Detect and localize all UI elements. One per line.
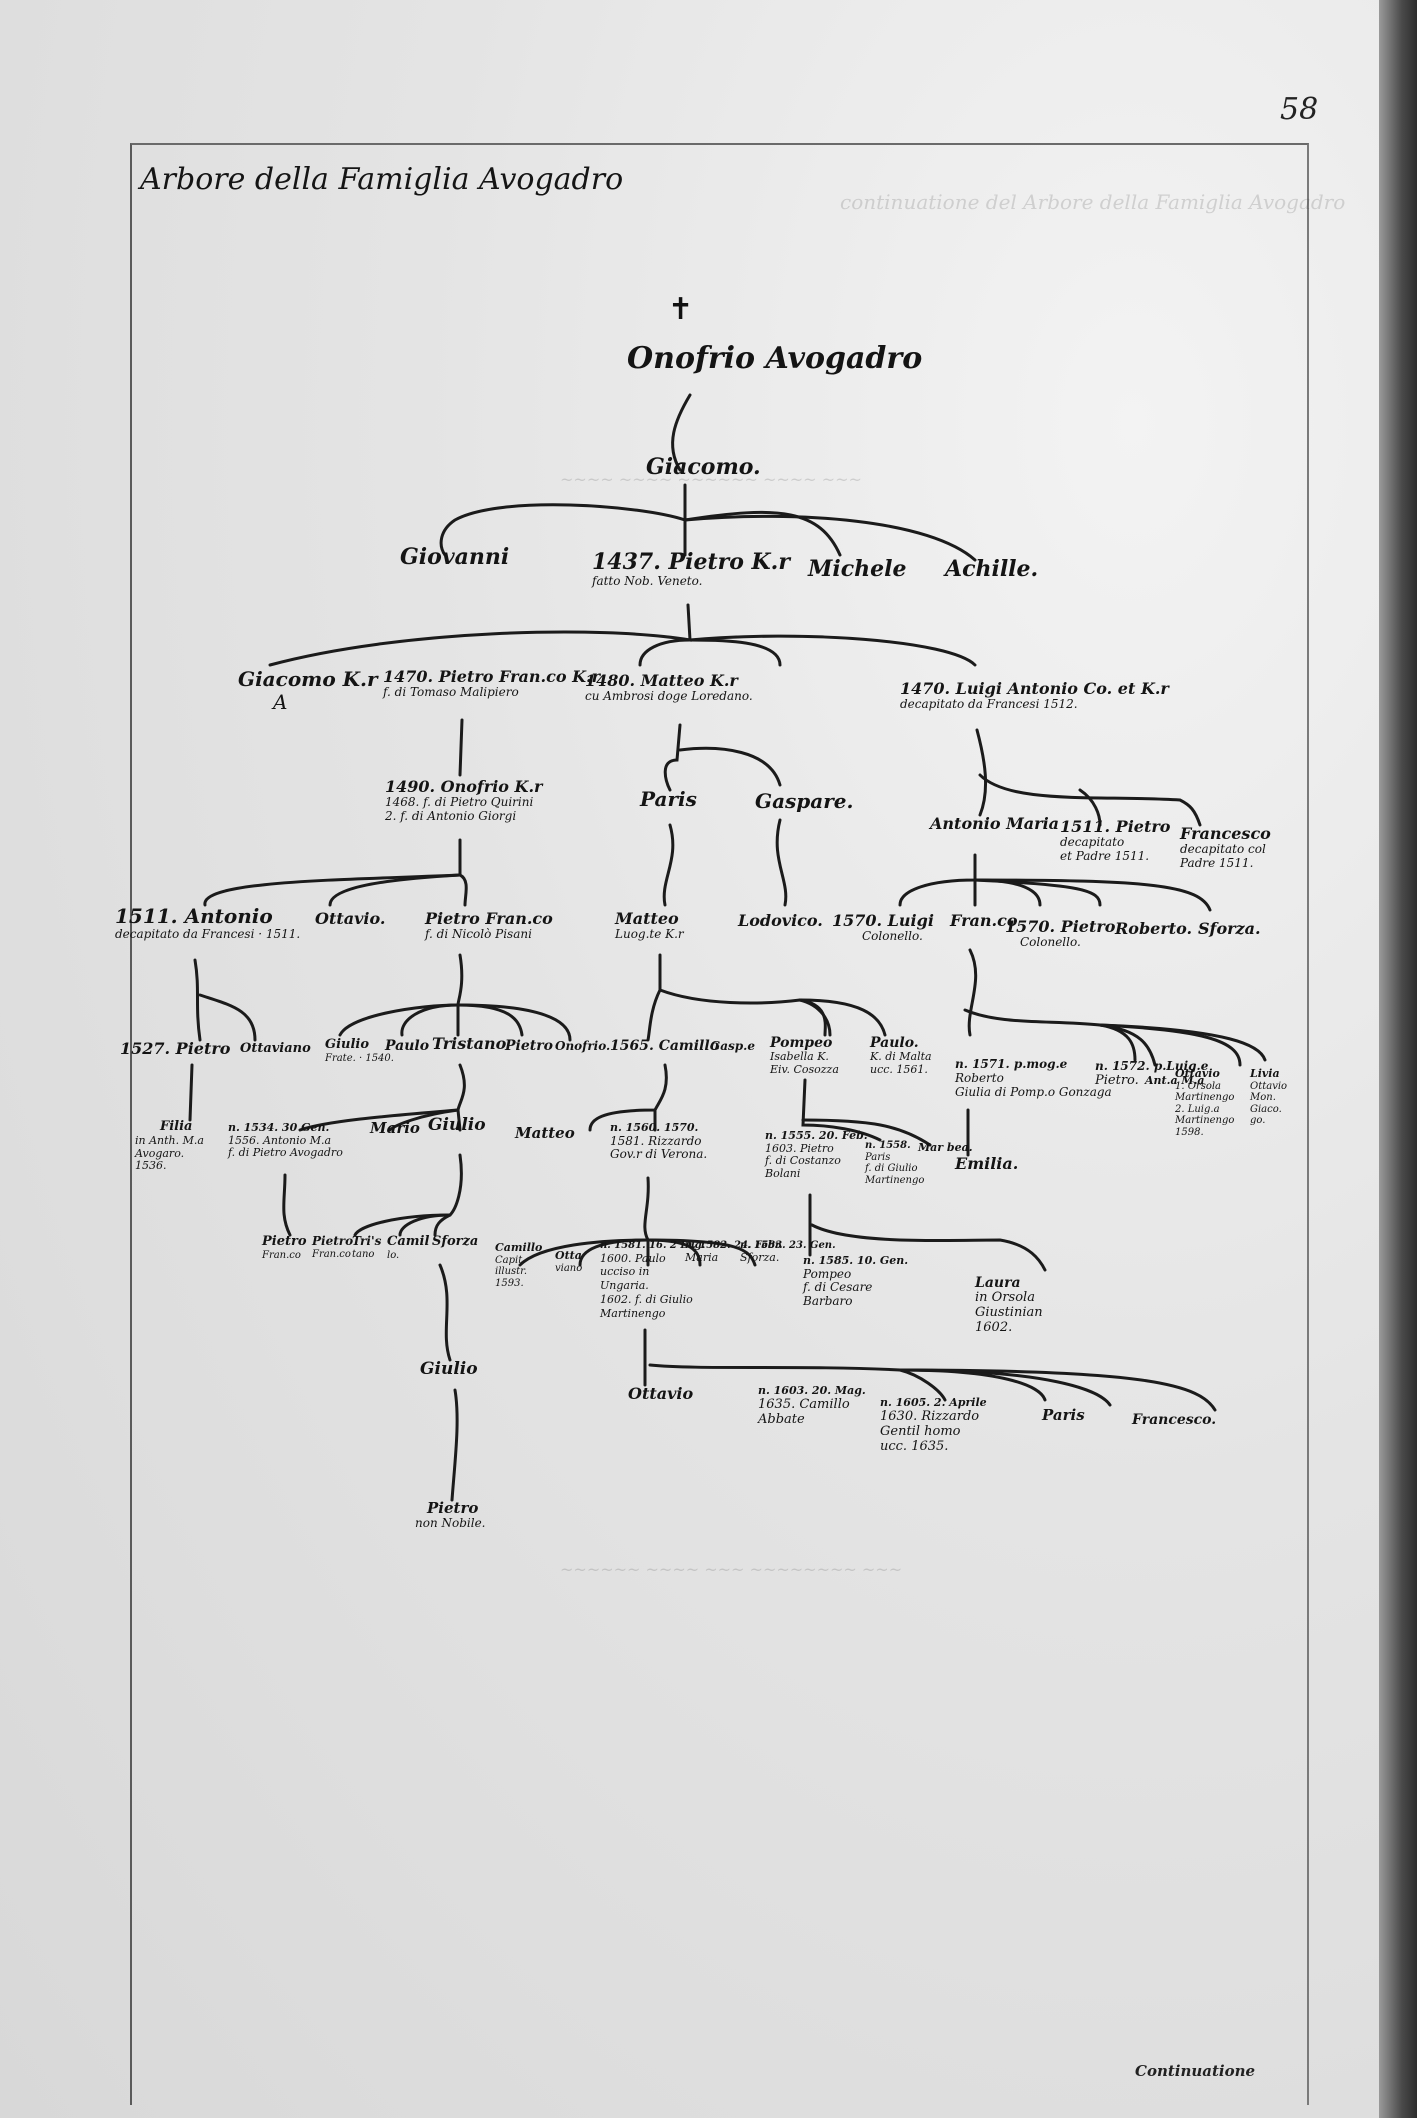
tree-node: Giulio Frate. · 1540. [325, 1038, 394, 1064]
tree-node: Giacomo K.r A [238, 668, 378, 714]
tree-node: Achille. [945, 557, 1038, 582]
node-note: Frate. · 1540. [325, 1053, 394, 1065]
node-name: Giulio [420, 1360, 478, 1380]
node-name: Paulo [385, 1038, 429, 1054]
node-name: Ottavio [1175, 1068, 1234, 1081]
tree-node: Mar bea. [918, 1142, 973, 1155]
node-name: Giulio [428, 1116, 486, 1136]
node-name: Matteo [515, 1125, 575, 1142]
node-name: Sforza [432, 1235, 478, 1250]
node-note: 1603. Pietrof. di CostanzoBolani [765, 1143, 868, 1181]
node-name: 1511. Antonio [115, 905, 300, 928]
tree-node: Tristano [432, 1035, 506, 1053]
node-note: decapitato da Francesi · 1511. [115, 928, 300, 942]
tree-node: Michele [808, 557, 906, 582]
node-name: Gasp.e [710, 1040, 755, 1054]
node-name: Michele [808, 557, 906, 582]
tree-node: n. 1558. Parisf. di GiulioMartinengo [865, 1140, 924, 1186]
node-name: Onofrio. [555, 1040, 610, 1054]
tree-node-root: Onofrio Avogadro [627, 342, 922, 377]
node-name: n. 1560. 1570. [610, 1122, 707, 1135]
tree-node: n. 1605. 2. Aprile 1630. RizzardoGentil … [880, 1397, 987, 1454]
tree-node: 1470. Pietro Fran.co K.r f. di Tomaso Ma… [383, 668, 600, 700]
tree-node: Francesco decapitato colPadre 1511. [1180, 825, 1271, 871]
tree-node: Paulo. K. di Maltaucc. 1561. [870, 1035, 932, 1076]
node-name: Ottaviano [240, 1042, 311, 1057]
tree-node: Ottavio. [315, 910, 385, 928]
tree-node: Onofrio. [555, 1040, 610, 1054]
tree-node: 1570. Pietro Colonello. [1005, 918, 1115, 950]
node-name: Pietro [262, 1235, 307, 1250]
node-note: in OrsolaGiustinian1602. [975, 1291, 1043, 1336]
continuation-note: Continuatione [1135, 2062, 1255, 2080]
node-note: decapitato da Francesi 1512. [900, 698, 1169, 712]
tree-node: 1490. Onofrio K.r 1468. f. di Pietro Qui… [385, 778, 542, 824]
node-name: Sforza. [1198, 920, 1261, 938]
tree-node: Matteo Luog.te K.r [615, 910, 684, 942]
node-note: Pompeof. di CesareBarbaro [803, 1268, 908, 1309]
node-name: Emilia. [955, 1155, 1018, 1173]
node-name: Antonio Maria [930, 815, 1059, 833]
node-note: viano [555, 1263, 582, 1275]
tree-node: Francesco. [1132, 1412, 1216, 1428]
node-note: f. di Tomaso Malipiero [383, 686, 600, 700]
node-note: A [273, 691, 378, 714]
tree-node: n. 1571. p.mog.e RobertoGiulia di Pomp.o… [955, 1058, 1112, 1099]
node-name: Pietro Fran.co [425, 910, 553, 928]
node-note: K. di Maltaucc. 1561. [870, 1051, 932, 1076]
node-name: Tri's [352, 1235, 381, 1249]
tree-node: 1570. Luigi Colonello. [832, 912, 934, 944]
tree-node: 1437. Pietro K.r fatto Nob. Veneto. [592, 550, 790, 589]
tree-node: Sforza [432, 1235, 478, 1250]
node-note: in Anth. M.aAvogaro.1536. [135, 1135, 204, 1173]
node-name: 1511. Pietro [1060, 818, 1170, 836]
node-name: Giacomo. [646, 455, 761, 480]
node-name: Paulo. [870, 1035, 932, 1051]
node-name: Pietro [505, 1038, 553, 1054]
tree-node: Ottavio 1. OrsolaMartinengo2. Luig.aMart… [1175, 1068, 1234, 1138]
tree-node: Pietro Fran.co [262, 1235, 307, 1261]
tree-node: 1511. Pietro decapitatoet Padre 1511. [1060, 818, 1170, 864]
node-name: Giovanni [400, 545, 509, 570]
tree-node: Pietro [505, 1038, 553, 1054]
node-name: Filia [160, 1120, 204, 1135]
node-name: Paris [1042, 1407, 1085, 1424]
tree-node: Lodovico. [738, 912, 823, 930]
node-name: Lodovico. [738, 912, 823, 930]
node-name: n. 1555. 20. Feb. [765, 1130, 868, 1143]
node-note: tano [352, 1249, 381, 1261]
tree-node: 1527. Pietro [120, 1040, 230, 1058]
node-note: Colonello. [1020, 936, 1115, 950]
node-name: n. 1534. 30 Gen. [228, 1122, 343, 1135]
node-name: 1490. Onofrio K.r [385, 778, 542, 796]
node-name: Mario [370, 1120, 420, 1137]
node-name: n. 1605. 2. Aprile [880, 1397, 987, 1410]
node-name: Pietro [312, 1235, 353, 1249]
tree-node: n. 1603. 20. Mag. 1635. CamilloAbbate [758, 1385, 866, 1428]
node-note: non Nobile. [415, 1517, 486, 1531]
tree-node: Otta viano [555, 1250, 582, 1274]
node-name: Mar bea. [918, 1142, 973, 1155]
tree-node: Pietro Fran.co [312, 1235, 353, 1260]
node-name: Gaspare. [755, 790, 853, 813]
node-note: 1581. RizzardoGov.r di Verona. [610, 1135, 707, 1163]
node-note: 1630. RizzardoGentil homoucc. 1635. [880, 1410, 987, 1455]
tree-node: Pietro non Nobile. [415, 1500, 486, 1531]
tree-node: Ottaviano [240, 1042, 311, 1057]
node-note: 1. OrsolaMartinengo2. Luig.aMartinengo15… [1175, 1081, 1234, 1139]
tree-node: Roberto. [1115, 920, 1192, 938]
node-note: decapitatoet Padre 1511. [1060, 836, 1170, 864]
node-name: 1480. Matteo K.r [585, 672, 753, 690]
tree-node: 1480. Matteo K.r cu Ambrosi doge Loredan… [585, 672, 753, 704]
node-note: Fran.co [262, 1250, 307, 1262]
tree-node: Paris [640, 788, 697, 811]
node-name: n. 1585. 10. Gen. [803, 1255, 908, 1268]
tree-node: n. 1534. 30 Gen. 1556. Antonio M.af. di … [228, 1122, 343, 1160]
tree-node: Gasp.e [710, 1040, 755, 1054]
node-note: Colonello. [862, 930, 934, 944]
manuscript-page: 58 Arbore della Famiglia Avogadro ✝ cont… [0, 0, 1417, 2118]
tree-node: Camillo Capit.illustr.1593. [495, 1242, 542, 1289]
node-name: Roberto. [1115, 920, 1192, 938]
tree-node: Pietro Fran.co f. di Nicolò Pisani [425, 910, 553, 942]
tree-node: Paulo [385, 1038, 429, 1054]
node-note: Luog.te K.r [615, 928, 684, 942]
node-note: decapitato colPadre 1511. [1180, 843, 1271, 871]
node-note: Fran.co [312, 1249, 353, 1261]
node-note: lo. [387, 1250, 429, 1262]
tree-node: Giovanni [400, 545, 509, 570]
node-note: Parisf. di GiulioMartinengo [865, 1152, 924, 1187]
node-note: fatto Nob. Veneto. [592, 575, 790, 589]
tree-node: 1565. Camillo [610, 1038, 719, 1054]
tree-node: Filia in Anth. M.aAvogaro.1536. [135, 1120, 204, 1173]
node-name: n. 1603. 20. Mag. [758, 1385, 866, 1398]
tree-node: Emilia. [955, 1155, 1018, 1173]
node-name: Onofrio Avogadro [627, 342, 922, 377]
tree-node: Camil lo. [387, 1235, 429, 1261]
node-name: 1527. Pietro [120, 1040, 230, 1058]
node-note: Capit.illustr.1593. [495, 1255, 542, 1290]
node-name: Paris [640, 788, 697, 811]
tree-node: Tri's tano [352, 1235, 381, 1260]
node-name: Giulio [325, 1038, 394, 1053]
tree-node: 1470. Luigi Antonio Co. et K.r decapitat… [900, 680, 1169, 712]
node-name: Otta [555, 1250, 582, 1263]
node-note: f. di Nicolò Pisani [425, 928, 553, 942]
node-name: Francesco [1180, 825, 1271, 843]
tree-node: Giacomo. [646, 455, 761, 480]
node-name: Camillo [495, 1242, 542, 1255]
node-name: Pietro [427, 1500, 486, 1517]
tree-node: 1511. Antonio decapitato da Francesi · 1… [115, 905, 300, 942]
node-note: 1556. Antonio M.af. di Pietro Avogadro [228, 1135, 343, 1160]
node-name: n. 1583. 23. Gen. [740, 1240, 836, 1252]
tree-node: Giulio [420, 1360, 478, 1380]
tree-node: Mario [370, 1120, 420, 1137]
node-name: Pompeo [770, 1035, 839, 1051]
tree-node: Antonio Maria [930, 815, 1059, 833]
node-name: Laura [975, 1275, 1043, 1291]
node-name: 1570. Luigi [832, 912, 934, 930]
node-note: 1468. f. di Pietro Quirini2. f. di Anton… [385, 796, 542, 824]
node-name: 1570. Pietro [1005, 918, 1115, 936]
tree-node: n. 1560. 1570. 1581. RizzardoGov.r di Ve… [610, 1122, 707, 1162]
node-name: 1470. Pietro Fran.co K.r [383, 668, 600, 686]
tree-node: Matteo [515, 1125, 575, 1142]
node-name: Camil [387, 1235, 429, 1250]
tree-node: Laura in OrsolaGiustinian1602. [975, 1275, 1043, 1336]
tree-node: n. 1585. 10. Gen. Pompeof. di CesareBarb… [803, 1255, 908, 1309]
node-name: Matteo [615, 910, 684, 928]
node-note: Isabella K.Eiv. Cosozza [770, 1051, 839, 1076]
tree-node: Livia OttavioMon.Giaco.go. [1250, 1068, 1287, 1127]
node-name: Giacomo K.r [238, 668, 378, 691]
node-note: cu Ambrosi doge Loredano. [585, 690, 753, 704]
node-name: 1470. Luigi Antonio Co. et K.r [900, 680, 1169, 698]
node-name: Achille. [945, 557, 1038, 582]
tree-node: Paris [1042, 1407, 1085, 1424]
node-name: n. 1571. p.mog.e [955, 1058, 1112, 1072]
tree-node: Ottavio [628, 1385, 693, 1403]
node-name: 1437. Pietro K.r [592, 550, 790, 575]
node-note: OttavioMon.Giaco.go. [1250, 1081, 1287, 1127]
node-name: Ottavio [628, 1385, 693, 1403]
node-note: RobertoGiulia di Pomp.o Gonzaga [955, 1072, 1112, 1100]
tree-node: Sforza. [1198, 920, 1261, 938]
node-note: 1635. CamilloAbbate [758, 1398, 866, 1428]
node-name: Ottavio. [315, 910, 385, 928]
node-name: Tristano [432, 1035, 506, 1053]
node-name: 1565. Camillo [610, 1038, 719, 1054]
tree-node: Giulio [428, 1116, 486, 1136]
node-name: n. 1558. [865, 1140, 924, 1152]
tree-node: n. 1555. 20. Feb. 1603. Pietrof. di Cost… [765, 1130, 868, 1181]
tree-node: Gaspare. [755, 790, 853, 813]
node-name: Livia [1250, 1068, 1287, 1081]
node-name: Francesco. [1132, 1412, 1216, 1428]
tree-node: Pompeo Isabella K.Eiv. Cosozza [770, 1035, 839, 1076]
